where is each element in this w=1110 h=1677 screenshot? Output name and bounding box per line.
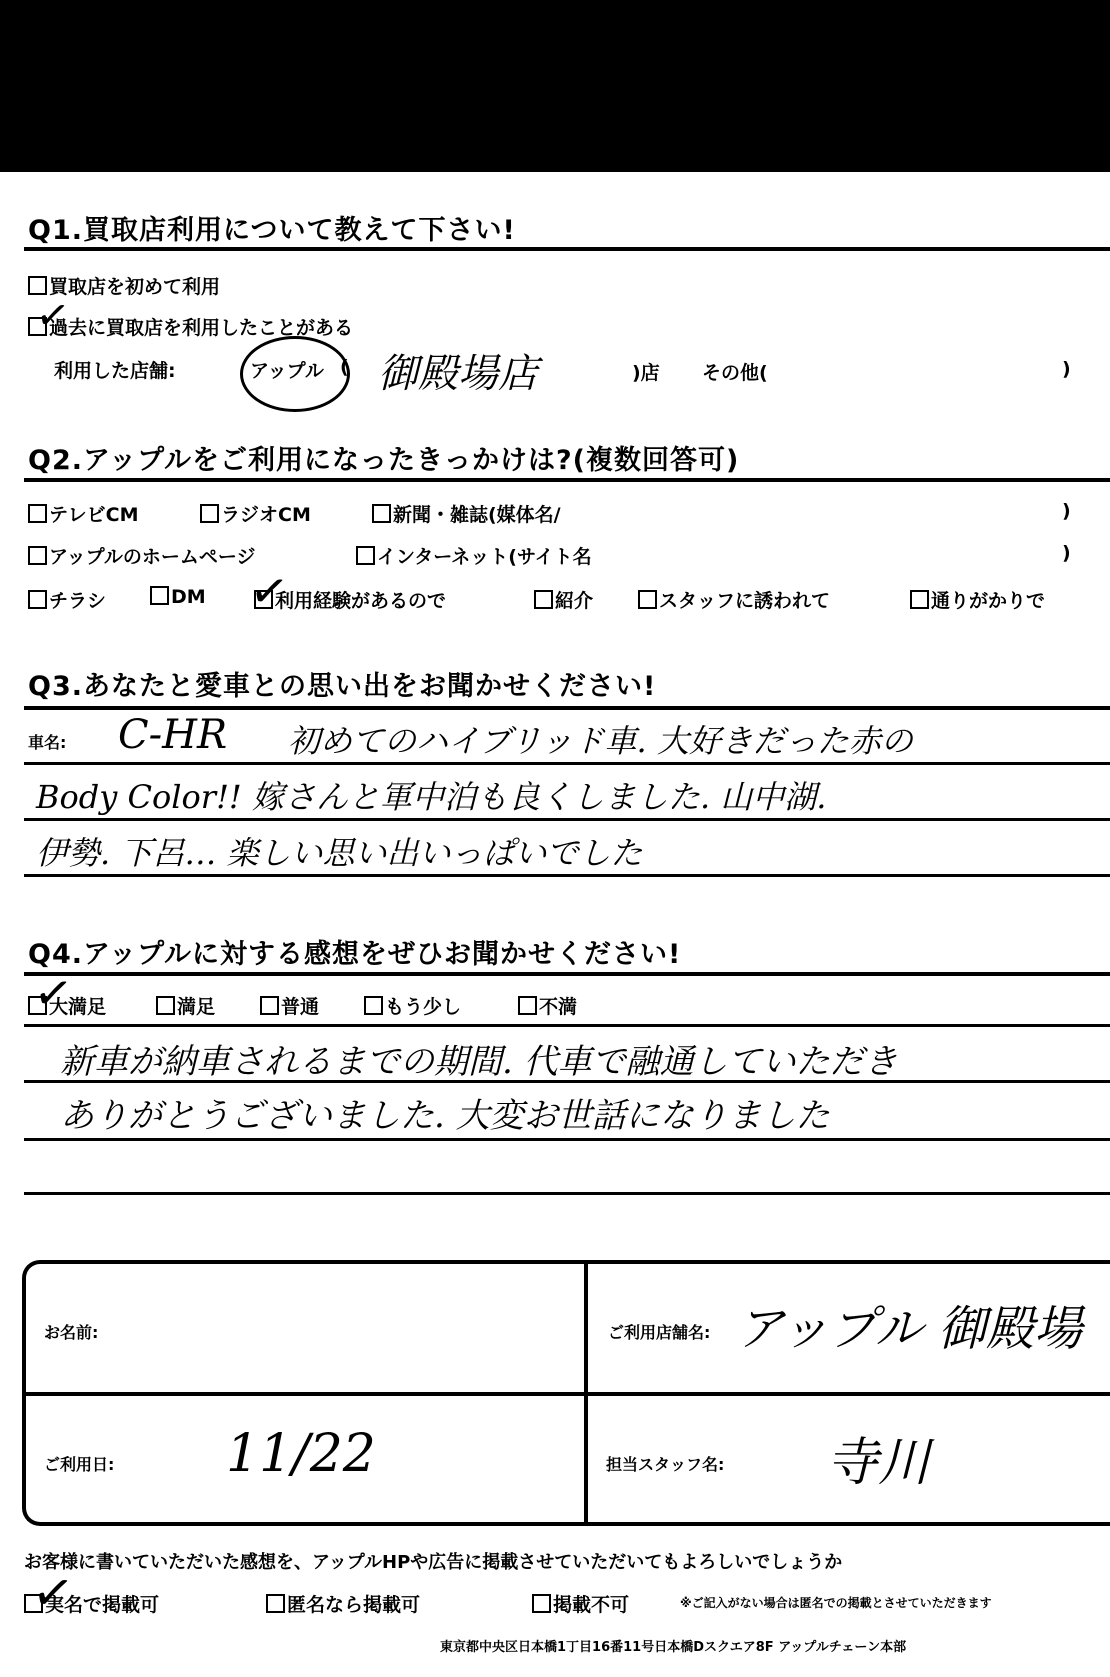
q3-rule (24, 706, 1110, 710)
option-label: 新聞・雑誌(媒体名/ (393, 504, 561, 526)
option-label: 満足 (177, 996, 215, 1018)
store-name-field[interactable]: アップル 御殿場 (736, 1290, 1082, 1359)
q3-memory-line-1[interactable]: 初めてのハイブリッド車. 大好きだった赤の (288, 716, 913, 762)
q2-row2-close: ) (1062, 542, 1071, 564)
store-name-label: ご利用店舗名: (608, 1320, 710, 1343)
q2-option-flyer[interactable]: チラシ (28, 586, 106, 613)
q1-title: Q1.買取店利用について教えて下さい! (28, 208, 516, 247)
option-label: 掲載不可 (553, 1594, 629, 1616)
option-label: 普通 (281, 996, 319, 1018)
q1-other-close: ) (1062, 358, 1071, 380)
checkmark-icon: ✓ (29, 1565, 77, 1620)
checkbox[interactable] (372, 504, 391, 523)
footer-address: 東京都中央区日本橋1丁目16番11号日本橋Dスクエア8F アップルチェーン本部 (440, 1636, 906, 1655)
q3-line-rule (24, 874, 1110, 877)
q3-memory-line-3[interactable]: 伊勢. 下呂… 楽しい思い出いっぱいでした (36, 828, 643, 874)
q3-title: Q3.あなたと愛車との思い出をお聞かせください! (28, 664, 656, 703)
q4-comment-line-2[interactable]: ありがとうございました. 大変お世話になりました (60, 1088, 830, 1137)
option-label: 紹介 (555, 590, 593, 612)
consent-question: お客様に書いていただいた感想を、アップルHPや広告に掲載させていただいてもよろし… (24, 1548, 842, 1574)
checkbox[interactable] (266, 1594, 285, 1613)
q4-option-dissatisfied[interactable]: 不満 (518, 992, 577, 1019)
q4-option-satisfied[interactable]: 満足 (156, 992, 215, 1019)
checkbox[interactable] (156, 996, 175, 1015)
option-label: 買取店を初めて利用 (49, 276, 220, 298)
q1-other-label: その他( (702, 358, 768, 385)
checkbox[interactable] (532, 1594, 551, 1613)
checkbox[interactable] (260, 996, 279, 1015)
q1-store-handwritten[interactable]: 御殿場店 (378, 342, 538, 399)
q3-car-name[interactable]: C-HR (118, 712, 227, 758)
info-divider (22, 1392, 1110, 1396)
checkbox[interactable] (534, 590, 553, 609)
checkmark-icon: ✓ (31, 968, 76, 1019)
consent-note: ※ご記入がない場合は匿名での掲載とさせていただきます (680, 1594, 992, 1611)
q2-option-dm[interactable]: DM (150, 586, 206, 608)
option-label: 過去に買取店を利用したことがある (49, 317, 353, 339)
q2-option-passing[interactable]: 通りがかりで (910, 586, 1045, 613)
q2-option-homepage[interactable]: アップルのホームページ (28, 542, 256, 569)
q2-option-newspaper[interactable]: 新聞・雑誌(媒体名/ (372, 500, 561, 527)
checkbox[interactable] (910, 590, 929, 609)
circle-mark-icon (240, 336, 350, 412)
consent-option-anonymous[interactable]: 匿名なら掲載可 (266, 1590, 420, 1617)
q2-title: Q2.アップルをご利用になったきっかけは?(複数回答可) (28, 438, 739, 477)
option-label: 匿名なら掲載可 (287, 1594, 420, 1616)
option-label: DM (171, 586, 206, 608)
q4-line-rule (24, 1192, 1110, 1195)
checkbox[interactable] (28, 504, 47, 523)
option-label: アップルのホームページ (49, 546, 256, 568)
q2-rule (24, 478, 1110, 482)
q4-rule (24, 972, 1110, 976)
option-label: もう少し (385, 996, 461, 1018)
q1-store-label: 利用した店舗: (54, 356, 176, 383)
q4-comment-line-1[interactable]: 新車が納車されるまでの期間. 代車で融通していただき (60, 1034, 898, 1083)
q4-line-rule (24, 1024, 1110, 1027)
q4-title: Q4.アップルに対する感想をぜひお聞かせください! (28, 932, 681, 971)
option-label: ラジオCM (221, 504, 311, 526)
date-label: ご利用日: (44, 1452, 114, 1475)
checkbox[interactable] (150, 586, 169, 605)
option-label: 利用経験があるので (275, 590, 446, 612)
q4-option-slightly[interactable]: もう少し (364, 992, 461, 1019)
checkbox[interactable] (518, 996, 537, 1015)
staff-name-label: 担当スタッフ名: (606, 1452, 724, 1475)
checkbox[interactable] (364, 996, 383, 1015)
q2-option-radio[interactable]: ラジオCM (200, 500, 311, 527)
q3-line-rule (24, 762, 1110, 765)
checkmark-icon: ✓ (33, 294, 72, 338)
q3-line-rule (24, 818, 1110, 821)
q4-line-rule (24, 1080, 1110, 1083)
name-label: お名前: (44, 1320, 98, 1343)
date-field[interactable]: 11/22 (226, 1424, 376, 1484)
option-label: 不満 (539, 996, 577, 1018)
q1-rule (24, 247, 1110, 251)
checkbox[interactable] (28, 590, 47, 609)
option-label: 通りがかりで (931, 590, 1045, 612)
checkmark-icon: ✓ (247, 566, 292, 617)
q2-row1-close: ) (1062, 500, 1071, 522)
option-label: スタッフに誘われて (659, 590, 830, 612)
redacted-header-band (0, 0, 1110, 172)
q4-option-neutral[interactable]: 普通 (260, 992, 319, 1019)
option-label: インターネット(サイト名 (377, 546, 592, 568)
checkbox[interactable] (356, 546, 375, 565)
checkbox[interactable] (200, 504, 219, 523)
consent-option-no[interactable]: 掲載不可 (532, 1590, 629, 1617)
q3-car-label: 車名: (28, 730, 66, 753)
q2-option-tv[interactable]: テレビCM (28, 500, 138, 527)
q3-memory-line-2[interactable]: Body Color!! 嫁さんと軍中泊も良くしました. 山中湖. (36, 772, 826, 818)
option-label: チラシ (49, 590, 106, 612)
q1-store-suffix: )店 (632, 358, 660, 385)
checkbox[interactable] (28, 546, 47, 565)
q2-option-referral[interactable]: 紹介 (534, 586, 593, 613)
q2-option-staff[interactable]: スタッフに誘われて (638, 586, 830, 613)
q1-store-open-paren: ( (340, 356, 349, 378)
option-label: テレビCM (49, 504, 138, 526)
staff-name-field[interactable]: 寺川 (826, 1420, 930, 1495)
q4-line-rule (24, 1138, 1110, 1141)
q2-option-internet[interactable]: インターネット(サイト名 (356, 542, 592, 569)
checkbox[interactable] (638, 590, 657, 609)
